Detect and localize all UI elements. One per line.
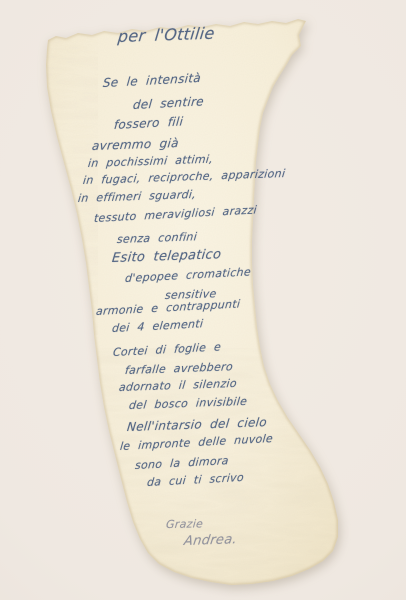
poem-title: per l'Ottilie xyxy=(117,24,216,46)
signature-name: Andrea. xyxy=(183,532,238,549)
paper-crinkle-texture-left xyxy=(35,20,95,320)
photo-backdrop: per l'Ottilie Se le intensità del sentir… xyxy=(0,0,406,600)
signature-thanks: Grazie xyxy=(165,517,203,531)
